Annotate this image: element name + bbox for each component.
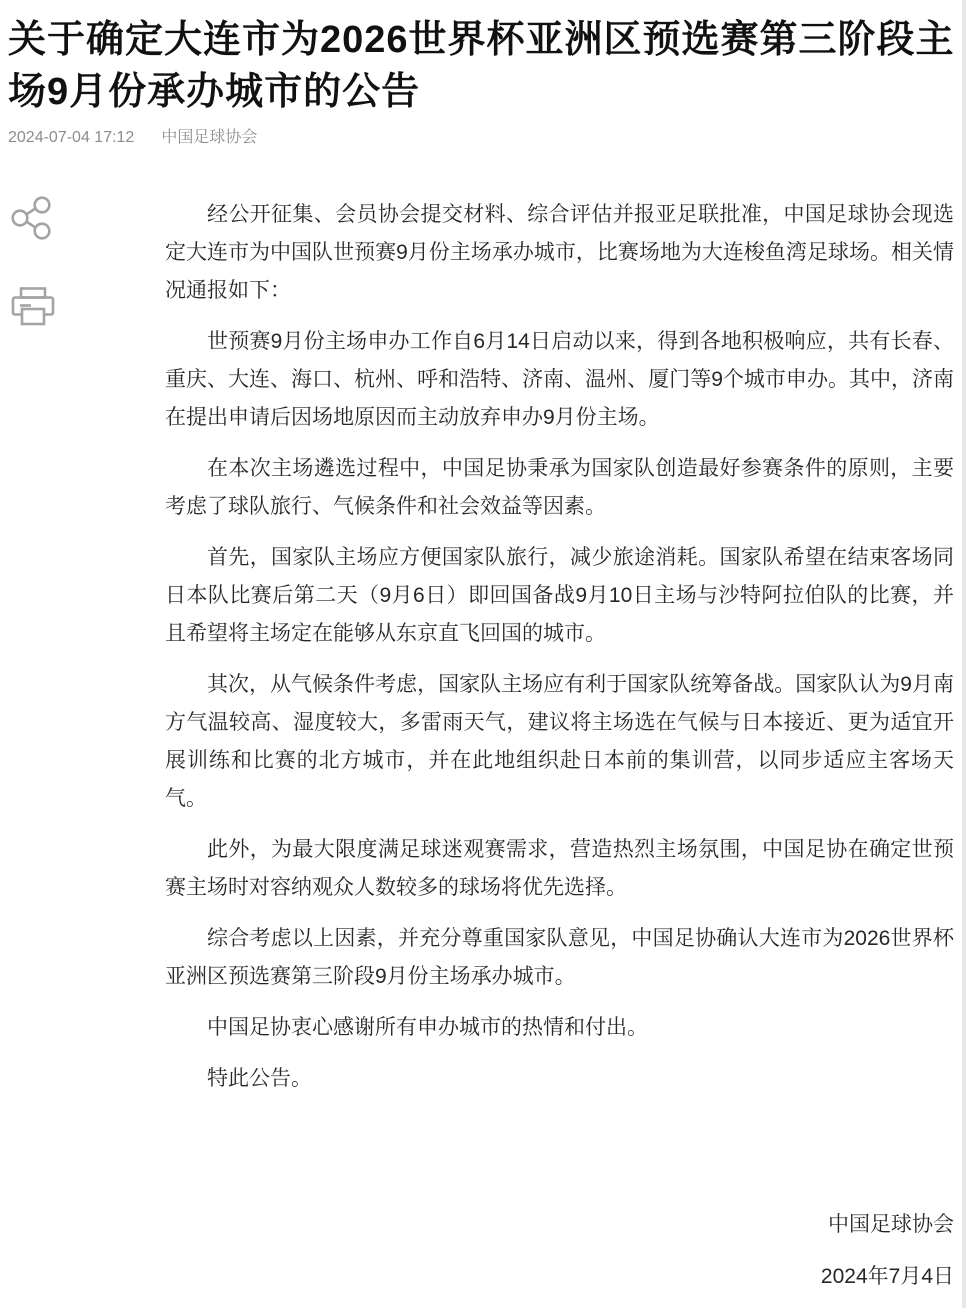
article-header: 关于确定大连市为2026世界杯亚洲区预选赛第三阶段主场9月份承办城市的公告 20…	[8, 14, 958, 148]
print-icon	[10, 286, 56, 330]
page-title: 关于确定大连市为2026世界杯亚洲区预选赛第三阶段主场9月份承办城市的公告	[8, 14, 958, 118]
signature-block: 中国足球协会 2024年7月4日	[165, 1206, 954, 1296]
signature-signer: 中国足球协会	[165, 1206, 954, 1244]
article-meta: 2024-07-04 17:12中国足球协会	[8, 128, 958, 148]
article-paragraph: 经公开征集、会员协会提交材料、综合评估并报亚足联批准，中国足球协会现选定大连市为…	[165, 196, 954, 310]
article-body: 经公开征集、会员协会提交材料、综合评估并报亚足联批准，中国足球协会现选定大连市为…	[165, 196, 954, 1296]
print-button[interactable]	[10, 286, 56, 330]
page-right-edge	[962, 0, 966, 1308]
article-paragraph: 综合考虑以上因素，并充分尊重国家队意见，中国足协确认大连市为2026世界杯亚洲区…	[165, 920, 954, 996]
article-paragraph: 特此公告。	[165, 1060, 954, 1098]
article-paragraph: 中国足协衷心感谢所有申办城市的热情和付出。	[165, 1009, 954, 1047]
announcement-page: 关于确定大连市为2026世界杯亚洲区预选赛第三阶段主场9月份承办城市的公告 20…	[0, 0, 966, 1308]
article-paragraph: 此外，为最大限度满足球迷观赛需求，营造热烈主场氛围，中国足协在确定世预赛主场时对…	[165, 831, 954, 907]
article-paragraph: 其次，从气候条件考虑，国家队主场应有利于国家队统筹备战。国家队认为9月南方气温较…	[165, 666, 954, 818]
article-paragraph: 世预赛9月份主场申办工作自6月14日启动以来，得到各地积极响应，共有长春、重庆、…	[165, 323, 954, 437]
article-paragraph: 首先，国家队主场应方便国家队旅行，减少旅途消耗。国家队希望在结束客场同日本队比赛…	[165, 539, 954, 653]
source-name: 中国足球协会	[161, 129, 257, 146]
publish-datetime: 2024-07-04 17:12	[8, 129, 134, 146]
article-paragraph: 在本次主场遴选过程中，中国足协秉承为国家队创造最好参赛条件的原则，主要考虑了球队…	[165, 450, 954, 526]
content-area: 经公开征集、会员协会提交材料、综合评估并报亚足联批准，中国足球协会现选定大连市为…	[8, 196, 958, 1296]
share-icon	[10, 196, 56, 240]
share-button[interactable]	[10, 196, 56, 240]
side-toolbar	[8, 196, 165, 330]
signature-date: 2024年7月4日	[165, 1258, 954, 1296]
